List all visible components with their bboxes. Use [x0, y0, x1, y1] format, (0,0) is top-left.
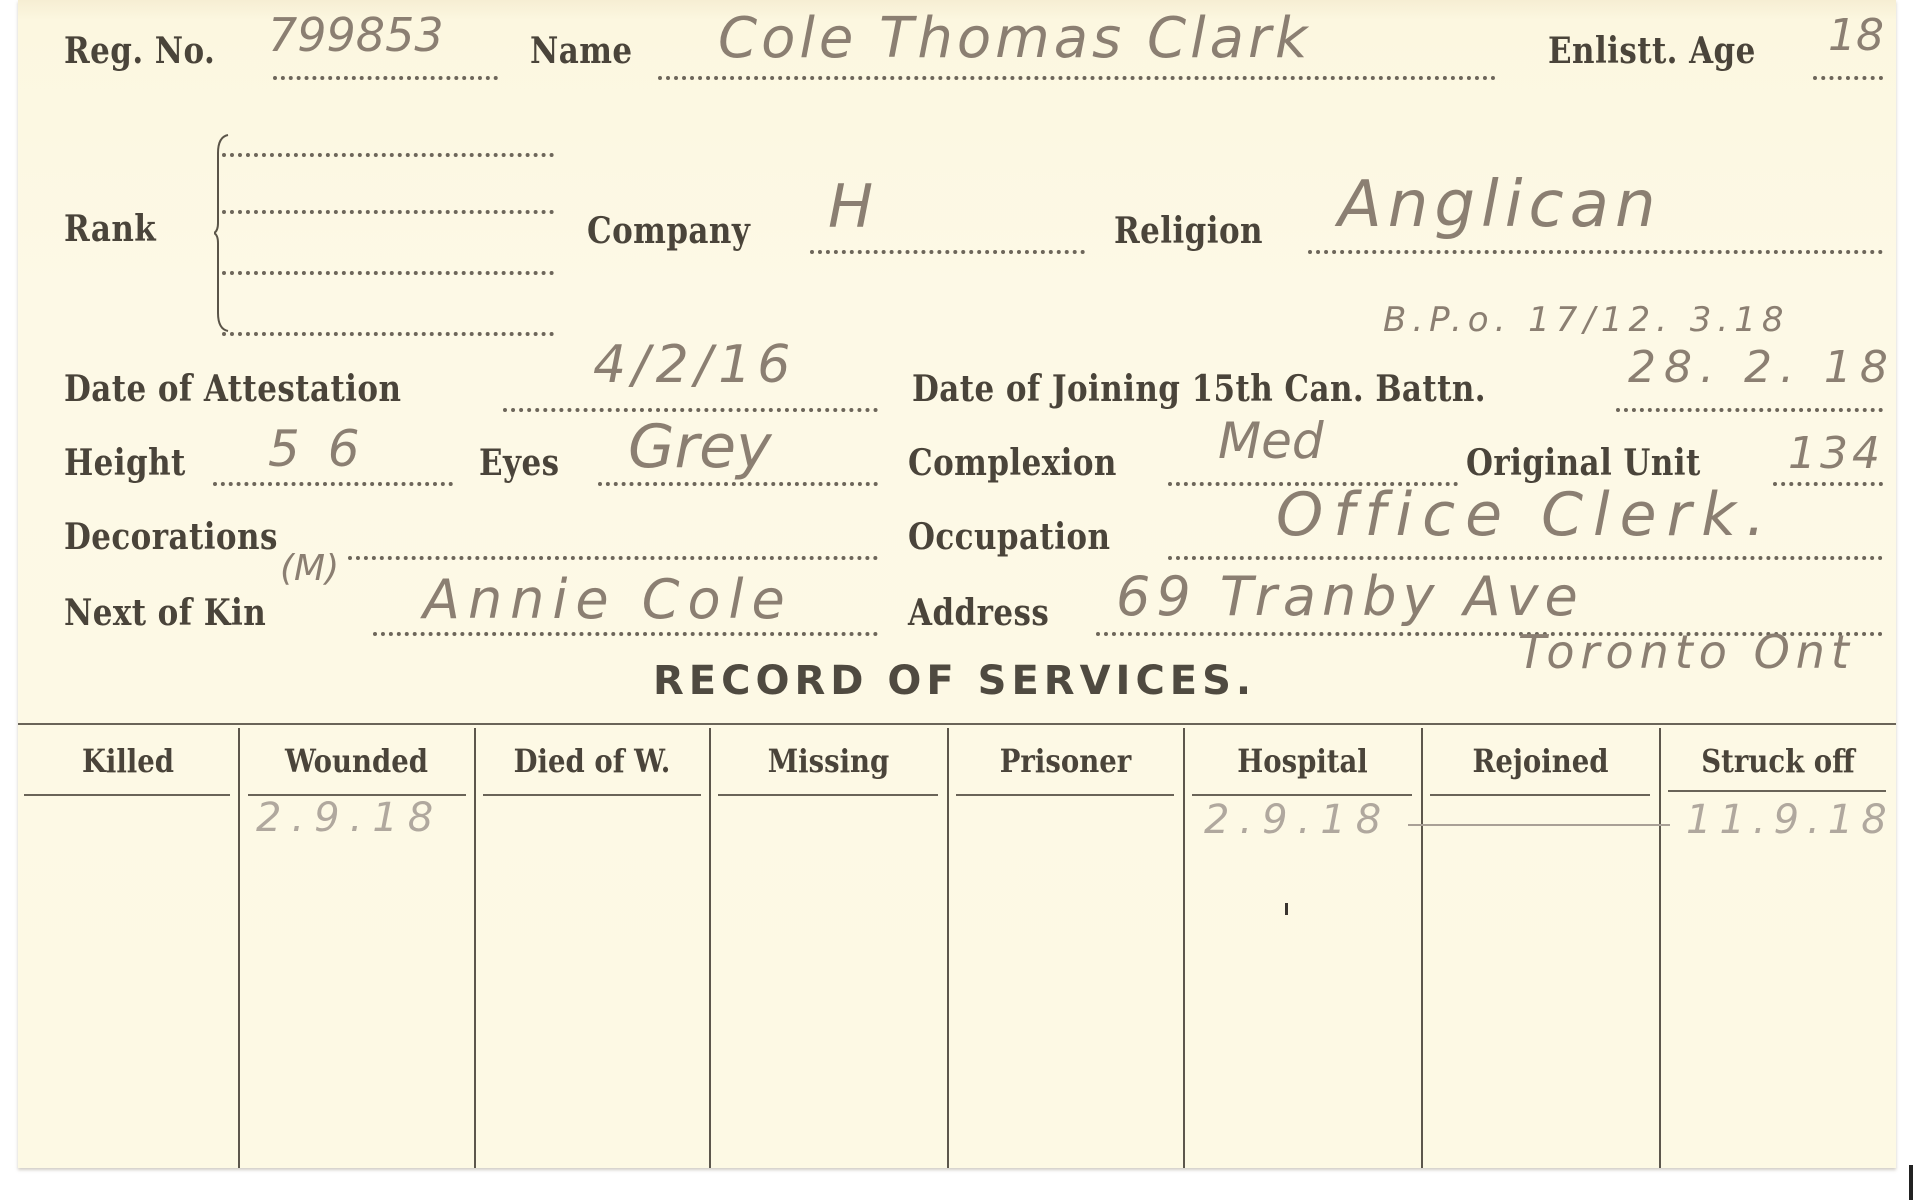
header-underline — [1668, 790, 1886, 792]
reg-no-line — [273, 76, 498, 80]
eyes-label: Eyes — [479, 442, 559, 484]
bpo-note: B.P.o. 17/12. 3.18 — [1383, 300, 1789, 340]
col-divider — [1421, 728, 1423, 1168]
column-header-rejoined: Rejoined — [1439, 732, 1643, 790]
col-divider — [1659, 728, 1661, 1168]
joining-line — [1616, 408, 1883, 412]
original-unit-line — [1773, 482, 1883, 486]
column-header-struck-off: Struck off — [1677, 732, 1880, 790]
col-divider — [474, 728, 476, 1168]
company-value: H — [828, 172, 873, 242]
occupation-label: Occupation — [908, 516, 1110, 558]
wounded-date: 2.9.18 — [256, 795, 443, 841]
record-of-services-title: RECORD OF SERVICES. — [653, 658, 1256, 704]
rank-line-1 — [222, 153, 554, 157]
header-underline — [1192, 794, 1412, 796]
original-unit-label: Original Unit — [1466, 442, 1701, 484]
complexion-label: Complexion — [908, 442, 1117, 484]
religion-line — [1308, 250, 1883, 254]
column-header-wounded: Wounded — [255, 732, 457, 790]
col-divider — [1183, 728, 1185, 1168]
name-line — [658, 76, 1496, 80]
attestation-label: Date of Attestation — [64, 368, 401, 410]
rank-line-3 — [222, 271, 554, 275]
rank-line-2 — [222, 210, 554, 214]
address-line2-value: Toronto Ont — [1518, 625, 1855, 679]
column-header-killed: Killed — [33, 732, 222, 790]
name-label: Name — [530, 30, 633, 72]
col-divider — [709, 728, 711, 1168]
attestation-value: 4/2/16 — [593, 335, 796, 395]
reg-no-value: 799853 — [268, 8, 444, 62]
header-underline — [956, 794, 1174, 796]
decorations-line — [348, 556, 878, 560]
hospital-date: 2.9.18 — [1204, 797, 1391, 843]
column-header-hospital: Hospital — [1201, 732, 1405, 790]
header-underline — [1430, 794, 1650, 796]
joining-value: 28. 2. 18 — [1628, 342, 1896, 393]
next-of-kin-line — [373, 632, 878, 636]
next-of-kin-value: Annie Cole — [423, 568, 793, 631]
occupation-value: Office Clerk. — [1276, 480, 1775, 550]
age-line — [1813, 76, 1883, 80]
joining-label: Date of Joining 15th Can. Battn. — [912, 368, 1486, 410]
religion-label: Religion — [1114, 210, 1263, 252]
eyes-line — [598, 482, 878, 486]
table-top-rule — [18, 723, 1896, 725]
address-line1-value: 69 Tranby Ave — [1116, 565, 1584, 628]
col-divider — [238, 728, 240, 1168]
reg-no-label: Reg. No. — [64, 30, 215, 72]
occupation-line — [1168, 556, 1883, 560]
original-unit-value: 134 — [1788, 428, 1884, 479]
hospital-to-struck-off-line — [1408, 824, 1670, 826]
name-value: Cole Thomas Clark — [718, 6, 1311, 71]
company-label: Company — [587, 210, 750, 252]
next-of-kin-prefix: (M) — [280, 548, 339, 589]
edge-mark — [1909, 1165, 1913, 1200]
rank-brace — [214, 133, 230, 333]
company-line — [810, 250, 1085, 254]
height-line — [213, 482, 453, 486]
header-underline — [718, 794, 938, 796]
religion-value: Anglican — [1338, 168, 1662, 242]
service-record-card: Reg. No. 799853 Name Cole Thomas Clark E… — [18, 0, 1896, 1168]
header-underline — [24, 794, 230, 796]
column-header-died-of-wounds: Died of W. — [491, 732, 692, 790]
next-of-kin-label: Next of Kin — [64, 592, 266, 634]
height-value: 5 6 — [268, 420, 366, 478]
address-label: Address — [908, 592, 1049, 634]
ink-mark — [1285, 903, 1288, 915]
rank-label: Rank — [64, 208, 156, 250]
struck-off-date: 11.9.18 — [1686, 797, 1895, 843]
complexion-value: Med — [1218, 412, 1324, 470]
column-header-prisoner: Prisoner — [964, 732, 1166, 790]
col-divider — [947, 728, 949, 1168]
rank-line-4 — [222, 332, 554, 336]
eyes-value: Grey — [628, 412, 772, 482]
age-value: 18 — [1828, 10, 1884, 61]
enlist-age-label: Enlistt. Age — [1548, 30, 1756, 72]
decorations-label: Decorations — [64, 516, 278, 558]
column-header-missing: Missing — [727, 732, 931, 790]
header-underline — [483, 794, 701, 796]
height-label: Height — [64, 442, 186, 484]
